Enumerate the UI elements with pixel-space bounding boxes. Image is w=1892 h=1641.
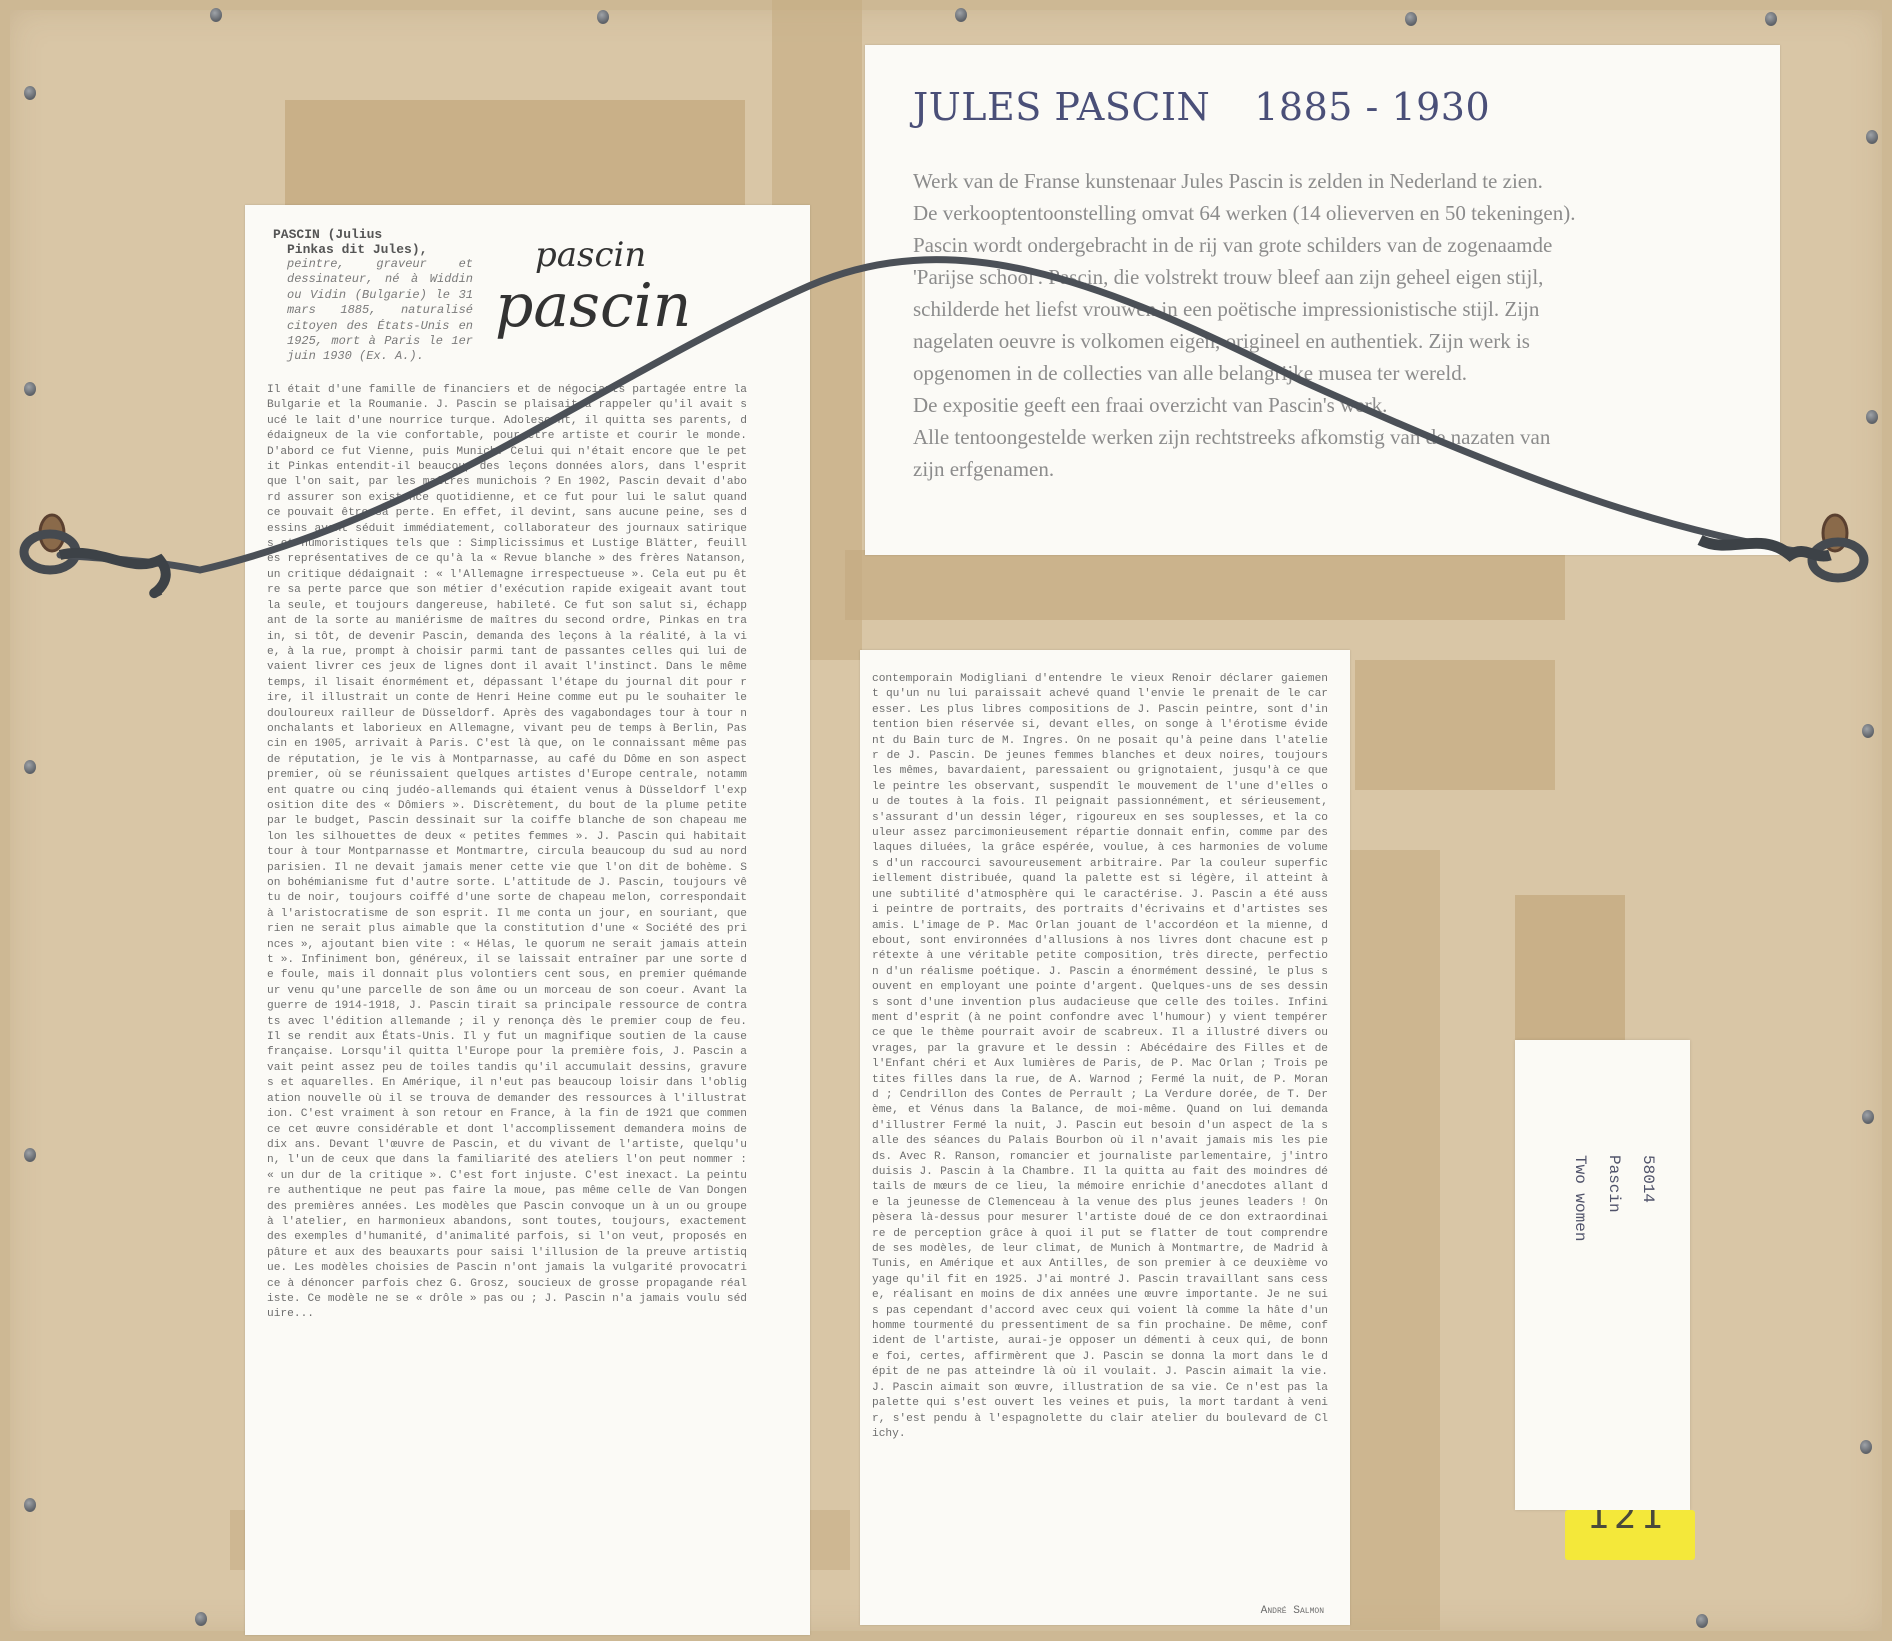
tape-strip — [1350, 850, 1440, 1630]
pin-left-4 — [24, 1148, 36, 1162]
tape-strip — [1355, 660, 1555, 790]
label-line: Pascin wordt ondergebracht in de rij van… — [913, 229, 1763, 261]
label-line: zijn erfgenamen. — [913, 453, 1763, 485]
inventory-text: 58014 Pascin Two women — [1563, 1155, 1665, 1355]
entry-body: Il était d'une famille de financiers et … — [267, 383, 747, 1323]
pin-top-4 — [1405, 12, 1417, 26]
left-hook-icon — [24, 515, 76, 570]
inventory-title: Two women — [1563, 1155, 1597, 1355]
pin-top-1 — [210, 8, 222, 22]
label-line: Werk van de Franse kunstenaar Jules Pasc… — [913, 165, 1763, 197]
inventory-artist: Pascin — [1597, 1155, 1631, 1355]
tape-strip — [1515, 895, 1625, 1045]
inventory-number: 58014 — [1631, 1155, 1665, 1355]
label-body: Werk van de Franse kunstenaar Jules Pasc… — [913, 165, 1763, 485]
label-line: Alle tentoongestelde werken zijn rechtst… — [913, 421, 1763, 453]
label-heading: JULES PASCIN1885 - 1930 — [913, 85, 1490, 129]
artist-name: JULES PASCIN — [913, 85, 1210, 129]
label-line: De verkooptentoonstelling omvat 64 werke… — [913, 197, 1763, 229]
pin-right-1 — [1866, 130, 1878, 144]
pin-right-2 — [1866, 410, 1878, 424]
entry-heading-2: Pinkas dit Jules), — [273, 242, 473, 257]
pin-right-5 — [1860, 1440, 1872, 1454]
pin-bottom-2 — [1696, 1614, 1708, 1628]
pin-bottom-1 — [195, 1612, 207, 1626]
entry-intro: peintre, graveur et dessinateur, né à Wi… — [273, 257, 473, 365]
handwritten-signature-small: pascin — [535, 235, 646, 275]
exhibition-label: JULES PASCIN1885 - 1930 Werk van de Fran… — [865, 45, 1780, 555]
pin-left-1 — [24, 86, 36, 100]
label-line: De expositie geeft een fraai overzicht v… — [913, 389, 1763, 421]
encyclopedia-clipping-left: PASCIN (Julius Pinkas dit Jules), peintr… — [245, 205, 810, 1635]
pin-right-3 — [1862, 724, 1874, 738]
label-overlap — [1540, 1470, 1690, 1510]
pin-left-5 — [24, 1498, 36, 1512]
entry-author: André Salmon — [1261, 1604, 1324, 1619]
frame-backing-board: JULES PASCIN1885 - 1930 Werk van de Fran… — [0, 0, 1892, 1641]
label-line: 'Parijse school'. Pascin, die volstrekt … — [913, 261, 1763, 293]
lot-number-sticker: 121 — [1565, 1510, 1695, 1560]
pin-left-3 — [24, 760, 36, 774]
entry-body-continued: contemporain Modigliani d'entendre le vi… — [872, 672, 1328, 1442]
tape-strip — [285, 100, 745, 210]
right-hook-icon — [1812, 515, 1864, 578]
pin-top-2 — [597, 10, 609, 24]
handwritten-signature-large: pascin — [495, 271, 691, 341]
label-line: schilderde het liefst vrouwen in een poë… — [913, 293, 1763, 325]
pin-top-3 — [955, 8, 967, 22]
inventory-label: 58014 Pascin Two women — [1515, 1040, 1690, 1510]
pin-left-2 — [24, 382, 36, 396]
tape-strip — [845, 550, 1565, 620]
artist-years: 1885 - 1930 — [1254, 85, 1490, 129]
pin-right-4 — [1862, 1110, 1874, 1124]
entry-heading: PASCIN (Julius — [273, 227, 473, 242]
label-line: nagelaten oeuvre is volkomen eigen, orig… — [913, 325, 1763, 357]
entry-header: PASCIN (Julius Pinkas dit Jules), peintr… — [273, 227, 473, 365]
encyclopedia-clipping-right: contemporain Modigliani d'entendre le vi… — [860, 650, 1350, 1625]
label-line: opgenomen in de collecties van alle bela… — [913, 357, 1763, 389]
pin-top-5 — [1765, 12, 1777, 26]
